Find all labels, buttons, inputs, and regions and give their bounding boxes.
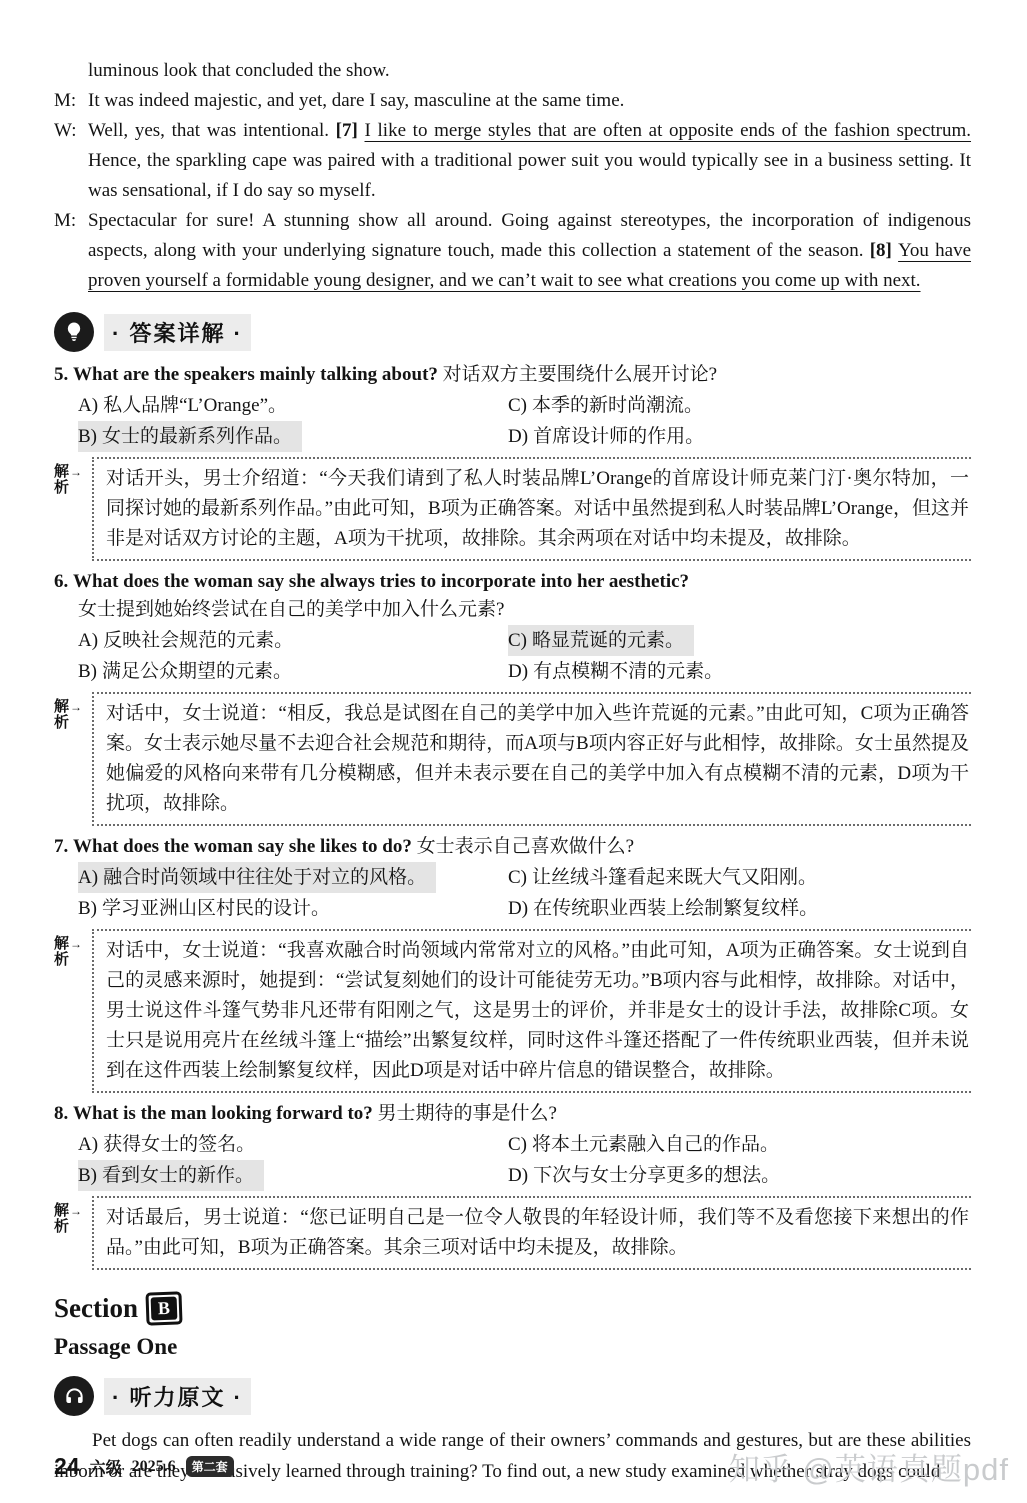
- options-grid: A)反映社会规范的元素。 B)满足公众期望的元素。 C)略显荒诞的元素。 D)有…: [54, 625, 971, 687]
- options-grid: A)融合时尚领域中往往处于对立的风格。 B)学习亚洲山区村民的设计。 C)让丝绒…: [54, 862, 971, 924]
- option-b: B)满足公众期望的元素。: [78, 656, 508, 687]
- option-text: 反映社会规范的元素。: [103, 630, 293, 651]
- page-b-icon: B: [145, 1291, 182, 1325]
- option-a: A)反映社会规范的元素。: [78, 625, 508, 656]
- dialogue-turn: M: Spectacular for sure! A stunning show…: [54, 206, 971, 296]
- analysis-label-char-2: 析: [54, 715, 92, 731]
- analysis-text: 对话中，女士说道：“相反，我总是试图在自己的美学中加入些许荒诞的元素。”由此可知…: [92, 692, 971, 826]
- answer-section-header: · 答案详解 ·: [54, 310, 971, 354]
- headphones-icon: [54, 1376, 94, 1416]
- option-a: A)获得女士的签名。: [78, 1129, 508, 1160]
- question-head: 8. What is the man looking forward to? 男…: [54, 1100, 971, 1128]
- options-grid: A)私人品牌“L’Orange”。 B)女士的最新系列作品。 C)本季的新时尚潮…: [54, 390, 971, 452]
- page-footer: 24 六级 2025.6 第二套 知乎 @英语真题pdf: [54, 1444, 1009, 1489]
- option-label: C): [508, 630, 527, 651]
- book-page: luminous look that concluded the show. M…: [0, 0, 1027, 1503]
- question-head: 6. What does the woman say she always tr…: [54, 568, 971, 624]
- question-5: 5. What are the speakers mainly talking …: [54, 361, 971, 561]
- analysis-label: 解→ 析: [54, 929, 92, 1093]
- dialogue-turn-text: It was indeed majestic, and yet, dare I …: [88, 86, 971, 116]
- question-number: 8.: [54, 1103, 68, 1124]
- option-text: 看到女士的新作。: [102, 1165, 254, 1186]
- option-text: 融合时尚领域中往往处于对立的风格。: [103, 867, 426, 888]
- answer-section-title: · 答案详解 ·: [104, 314, 251, 351]
- watermark: 知乎 @英语真题pdf: [729, 1444, 1009, 1489]
- question-text-zh: 女士表示自己喜欢做什么?: [417, 836, 634, 857]
- speaker-label: M:: [54, 206, 88, 296]
- dialogue-turn: W: Well, yes, that was intentional. [7] …: [54, 116, 971, 206]
- speaker-label: W:: [54, 116, 88, 206]
- option-d: D)首席设计师的作用。: [508, 421, 971, 452]
- option-label: D): [508, 661, 528, 682]
- arrow-right-icon: →: [70, 700, 82, 714]
- option-b: B)看到女士的新作。: [78, 1160, 508, 1191]
- analysis-box: 解→ 析 对话中，女士说道：“相反，我总是试图在自己的美学中加入些许荒诞的元素。…: [54, 692, 971, 826]
- option-text: 满足公众期望的元素。: [102, 661, 292, 682]
- question-number: 6.: [54, 571, 68, 592]
- analysis-label-char-1: 解: [54, 1202, 69, 1219]
- question-6: 6. What does the woman say she always tr…: [54, 568, 971, 826]
- option-label: C): [508, 395, 527, 416]
- edition-badge: 第二套: [186, 1456, 234, 1477]
- option-label: B): [78, 661, 97, 682]
- transcript-title: · 听力原文 ·: [104, 1378, 251, 1415]
- option-d: D)在传统职业西装上绘制繁复纹样。: [508, 893, 971, 924]
- dialogue-continuation-line: luminous look that concluded the show.: [54, 56, 971, 86]
- question-text-en: What is the man looking forward to?: [73, 1103, 373, 1124]
- option-c: C)将本土元素融入自己的作品。: [508, 1129, 971, 1160]
- question-number: 5.: [54, 364, 68, 385]
- option-b: B)学习亚洲山区村民的设计。: [78, 893, 508, 924]
- option-label: B): [78, 898, 97, 919]
- page-number: 24: [54, 1453, 80, 1480]
- option-a: A)融合时尚领域中往往处于对立的风格。: [78, 862, 508, 893]
- section-b-title: Section: [54, 1293, 138, 1324]
- option-c: C)略显荒诞的元素。: [508, 625, 971, 656]
- question-8: 8. What is the man looking forward to? 男…: [54, 1100, 971, 1270]
- question-text-zh: 女士提到她始终尝试在自己的美学中加入什么元素?: [54, 596, 971, 624]
- question-text-zh: 男士期待的事是什么?: [378, 1103, 557, 1124]
- analysis-text: 对话最后，男士说道：“您已证明自己是一位令人敬畏的年轻设计师，我们等不及看您接下…: [92, 1196, 971, 1270]
- analysis-text: 对话中，女士说道：“我喜欢融合时尚领域内常常对立的风格。”由此可知，A项为正确答…: [92, 929, 971, 1093]
- arrow-right-icon: →: [70, 465, 82, 479]
- question-text-zh: 对话双方主要围绕什么展开讨论?: [443, 364, 717, 385]
- lightbulb-icon: [54, 312, 94, 352]
- analysis-label: 解→ 析: [54, 457, 92, 561]
- option-a: A)私人品牌“L’Orange”。: [78, 390, 508, 421]
- option-text: 学习亚洲山区村民的设计。: [102, 898, 330, 919]
- analysis-label-char-1: 解: [54, 463, 69, 480]
- option-label: A): [78, 1134, 98, 1155]
- options-grid: A)获得女士的签名。 B)看到女士的新作。 C)将本土元素融入自己的作品。 D)…: [54, 1129, 971, 1191]
- analysis-box: 解→ 析 对话中，女士说道：“我喜欢融合时尚领域内常常对立的风格。”由此可知，A…: [54, 929, 971, 1093]
- passage-one-title: Passage One: [54, 1334, 971, 1360]
- arrow-right-icon: →: [70, 1204, 82, 1218]
- option-c: C)本季的新时尚潮流。: [508, 390, 971, 421]
- dialogue-turn-text: Spectacular for sure! A stunning show al…: [88, 206, 971, 296]
- analysis-label-char-2: 析: [54, 1219, 92, 1235]
- option-text: 让丝绒斗篷看起来既大气又阳刚。: [532, 867, 817, 888]
- question-text-en: What does the woman say she always tries…: [73, 571, 689, 592]
- transcript-header: · 听力原文 ·: [54, 1374, 971, 1418]
- analysis-label: 解→ 析: [54, 692, 92, 826]
- option-text: 有点模糊不清的元素。: [533, 661, 723, 682]
- option-text: 本季的新时尚潮流。: [532, 395, 703, 416]
- question-text-en: What are the speakers mainly talking abo…: [73, 364, 438, 385]
- option-text: 首席设计师的作用。: [533, 426, 704, 447]
- question-number: 7.: [54, 836, 68, 857]
- option-d: D)有点模糊不清的元素。: [508, 656, 971, 687]
- analysis-box: 解→ 析 对话最后，男士说道：“您已证明自己是一位令人敬畏的年轻设计师，我们等不…: [54, 1196, 971, 1270]
- option-text: 女士的最新系列作品。: [102, 426, 292, 447]
- question-text-en: What does the woman say she likes to do?: [73, 836, 412, 857]
- option-text: 略显荒诞的元素。: [532, 630, 684, 651]
- option-text: 私人品牌“L’Orange”。: [103, 395, 287, 416]
- arrow-right-icon: →: [70, 937, 82, 951]
- book-title: 六级: [90, 1455, 122, 1478]
- option-d: D)下次与女士分享更多的想法。: [508, 1160, 971, 1191]
- option-label: A): [78, 395, 98, 416]
- option-text: 将本土元素融入自己的作品。: [532, 1134, 779, 1155]
- option-text: 在传统职业西装上绘制繁复纹样。: [533, 898, 818, 919]
- dialogue-turn: M: It was indeed majestic, and yet, dare…: [54, 86, 971, 116]
- section-b-heading: Section B: [54, 1292, 971, 1325]
- analysis-label-char-1: 解: [54, 698, 69, 715]
- option-label: B): [78, 1165, 97, 1186]
- option-label: A): [78, 630, 98, 651]
- option-label: D): [508, 898, 528, 919]
- question-head: 7. What does the woman say she likes to …: [54, 833, 971, 861]
- option-b: B)女士的最新系列作品。: [78, 421, 508, 452]
- analysis-box: 解→ 析 对话开头，男士介绍道：“今天我们请到了私人时装品牌L’Orange的首…: [54, 457, 971, 561]
- analysis-label: 解→ 析: [54, 1196, 92, 1270]
- option-label: A): [78, 867, 98, 888]
- question-7: 7. What does the woman say she likes to …: [54, 833, 971, 1093]
- dialogue-transcript: luminous look that concluded the show. M…: [54, 56, 971, 296]
- footer-left: 24 六级 2025.6 第二套: [54, 1453, 234, 1480]
- dialogue-turn-text: Well, yes, that was intentional. [7] I l…: [88, 116, 971, 206]
- page-content: luminous look that concluded the show. M…: [0, 0, 1027, 1487]
- option-c: C)让丝绒斗篷看起来既大气又阳刚。: [508, 862, 971, 893]
- option-text: 获得女士的签名。: [103, 1134, 255, 1155]
- option-label: C): [508, 867, 527, 888]
- option-text: 下次与女士分享更多的想法。: [533, 1165, 780, 1186]
- option-label: B): [78, 426, 97, 447]
- question-head: 5. What are the speakers mainly talking …: [54, 361, 971, 389]
- analysis-text: 对话开头，男士介绍道：“今天我们请到了私人时装品牌L’Orange的首席设计师克…: [92, 457, 971, 561]
- analysis-label-char-2: 析: [54, 480, 92, 496]
- option-label: D): [508, 1165, 528, 1186]
- option-label: C): [508, 1134, 527, 1155]
- analysis-label-char-2: 析: [54, 952, 92, 968]
- analysis-label-char-1: 解: [54, 935, 69, 952]
- exam-date: 2025.6: [132, 1458, 176, 1476]
- option-label: D): [508, 426, 528, 447]
- speaker-label: M:: [54, 86, 88, 116]
